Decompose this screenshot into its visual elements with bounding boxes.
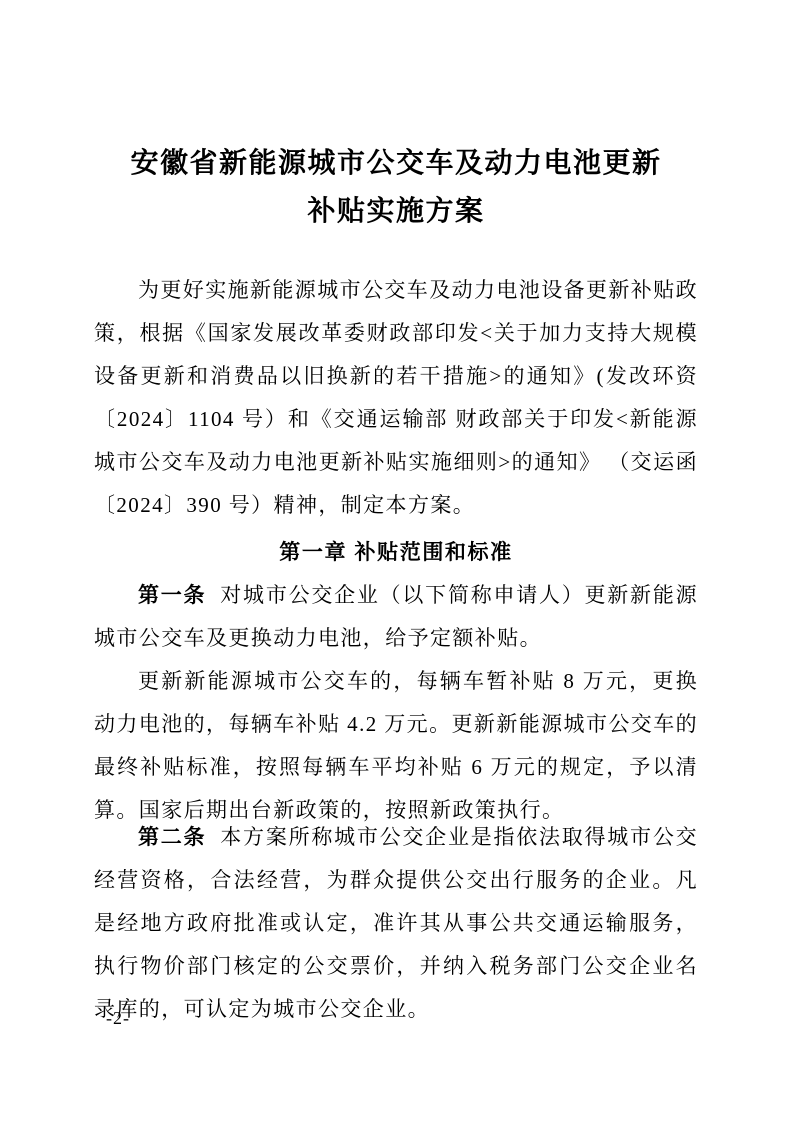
document-title: 安徽省新能源城市公交车及动力电池更新 补贴实施方案 [94, 140, 698, 236]
article-2-label: 第二条 [138, 826, 206, 849]
intro-paragraph: 为更好实施新能源城市公交车及动力电池设备更新补贴政策，根据《国家发展改革委财政部… [94, 269, 698, 527]
chapter-1-heading: 第一章 补贴范围和标准 [94, 531, 698, 574]
document-page: 安徽省新能源城市公交车及动力电池更新 补贴实施方案 为更好实施新能源城市公交车及… [0, 0, 794, 1122]
document-title-line-2: 补贴实施方案 [94, 188, 698, 236]
article-1-paragraph-2: 更新新能源城市公交车的，每辆车暂补贴 8 万元，更换动力电池的，每辆车补贴 4.… [94, 660, 698, 832]
article-1-paragraph: 第一条对城市公交企业（以下简称申请人）更新新能源城市公交车及更换动力电池，给予定… [94, 574, 698, 660]
document-content: 安徽省新能源城市公交车及动力电池更新 补贴实施方案 为更好实施新能源城市公交车及… [94, 140, 698, 1031]
article-1-label: 第一条 [138, 584, 206, 607]
page-number: -2- [106, 1006, 130, 1030]
article-2-paragraph: 第二条本方案所称城市公交企业是指依法取得城市公交经营资格，合法经营，为群众提供公… [94, 816, 698, 1031]
document-title-line-1: 安徽省新能源城市公交车及动力电池更新 [94, 140, 698, 188]
article-2-text: 本方案所称城市公交企业是指依法取得城市公交经营资格，合法经营，为群众提供公交出行… [94, 825, 698, 1021]
